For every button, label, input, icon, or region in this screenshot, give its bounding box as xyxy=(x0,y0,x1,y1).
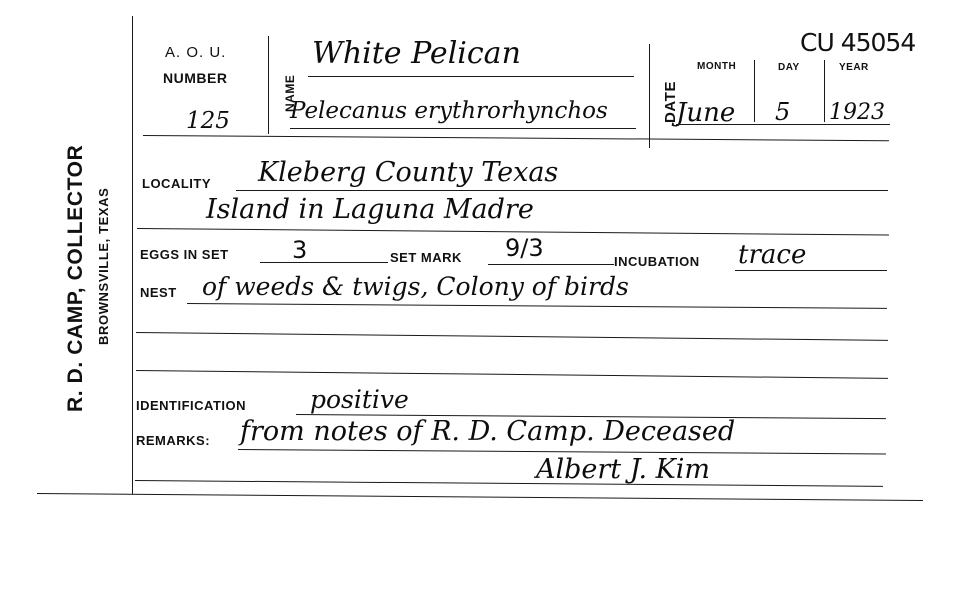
common-name-line xyxy=(308,76,634,77)
incubation-line xyxy=(735,270,887,271)
nest-extra-line2 xyxy=(136,370,888,379)
date-divider xyxy=(649,44,650,148)
aou-label: A. O. U. xyxy=(165,44,226,61)
set-mark-label: SET MARK xyxy=(390,250,462,265)
incubation-value: trace xyxy=(738,240,806,270)
nest-line xyxy=(187,303,887,309)
scientific-name-line xyxy=(290,128,636,129)
eggs-in-set-value: 3 xyxy=(292,236,307,264)
year-value: 1923 xyxy=(829,100,885,125)
eggs-in-set-label: EGGS IN SET xyxy=(140,247,229,262)
day-label: DAY xyxy=(778,62,800,73)
nest-extra-line1 xyxy=(136,332,888,341)
nest-value: of weeds & twigs, Colony of birds xyxy=(202,272,629,301)
data-card: R. D. CAMP, COLLECTOR BROWNSVILLE, TEXAS… xyxy=(0,0,953,609)
remarks-value: from notes of R. D. Camp. Deceased xyxy=(240,416,735,447)
year-label: YEAR xyxy=(839,62,869,73)
set-mark-value: 9/3 xyxy=(505,234,544,262)
signature-value: Albert J. Kim xyxy=(536,454,710,485)
card-bottom-border xyxy=(37,493,923,501)
day-year-divider xyxy=(824,60,825,122)
identification-value: positive xyxy=(310,385,409,414)
identification-label: IDENTIFICATION xyxy=(136,398,246,413)
locality-line1-value: Kleberg County Texas xyxy=(258,157,558,188)
card-left-border xyxy=(132,16,133,494)
header-separator xyxy=(143,135,889,141)
common-name-value: White Pelican xyxy=(312,36,521,71)
collector-name: R. D. CAMP, COLLECTOR xyxy=(64,145,88,412)
collector-location: BROWNSVILLE, TEXAS xyxy=(96,188,111,345)
nest-label: NEST xyxy=(140,285,177,300)
remarks-extra-line xyxy=(135,480,883,487)
locality-label: LOCALITY xyxy=(142,176,211,191)
scientific-name-value: Pelecanus erythrorhynchos xyxy=(290,98,608,124)
locality-line2-value: Island in Laguna Madre xyxy=(206,194,534,225)
month-label: MONTH xyxy=(697,61,736,72)
day-value: 5 xyxy=(775,98,790,126)
date-line xyxy=(676,124,890,125)
remarks-label: REMARKS: xyxy=(136,433,210,448)
locality-line1 xyxy=(236,190,888,191)
month-day-divider xyxy=(754,60,755,122)
incubation-label: INCUBATION xyxy=(614,254,700,269)
set-mark-line xyxy=(488,264,614,265)
aou-number-label: NUMBER xyxy=(163,70,227,86)
aou-divider xyxy=(268,36,269,134)
catalog-number: CU 45054 xyxy=(800,28,915,57)
aou-number-value: 125 xyxy=(186,108,230,134)
eggs-in-set-line xyxy=(260,262,388,263)
